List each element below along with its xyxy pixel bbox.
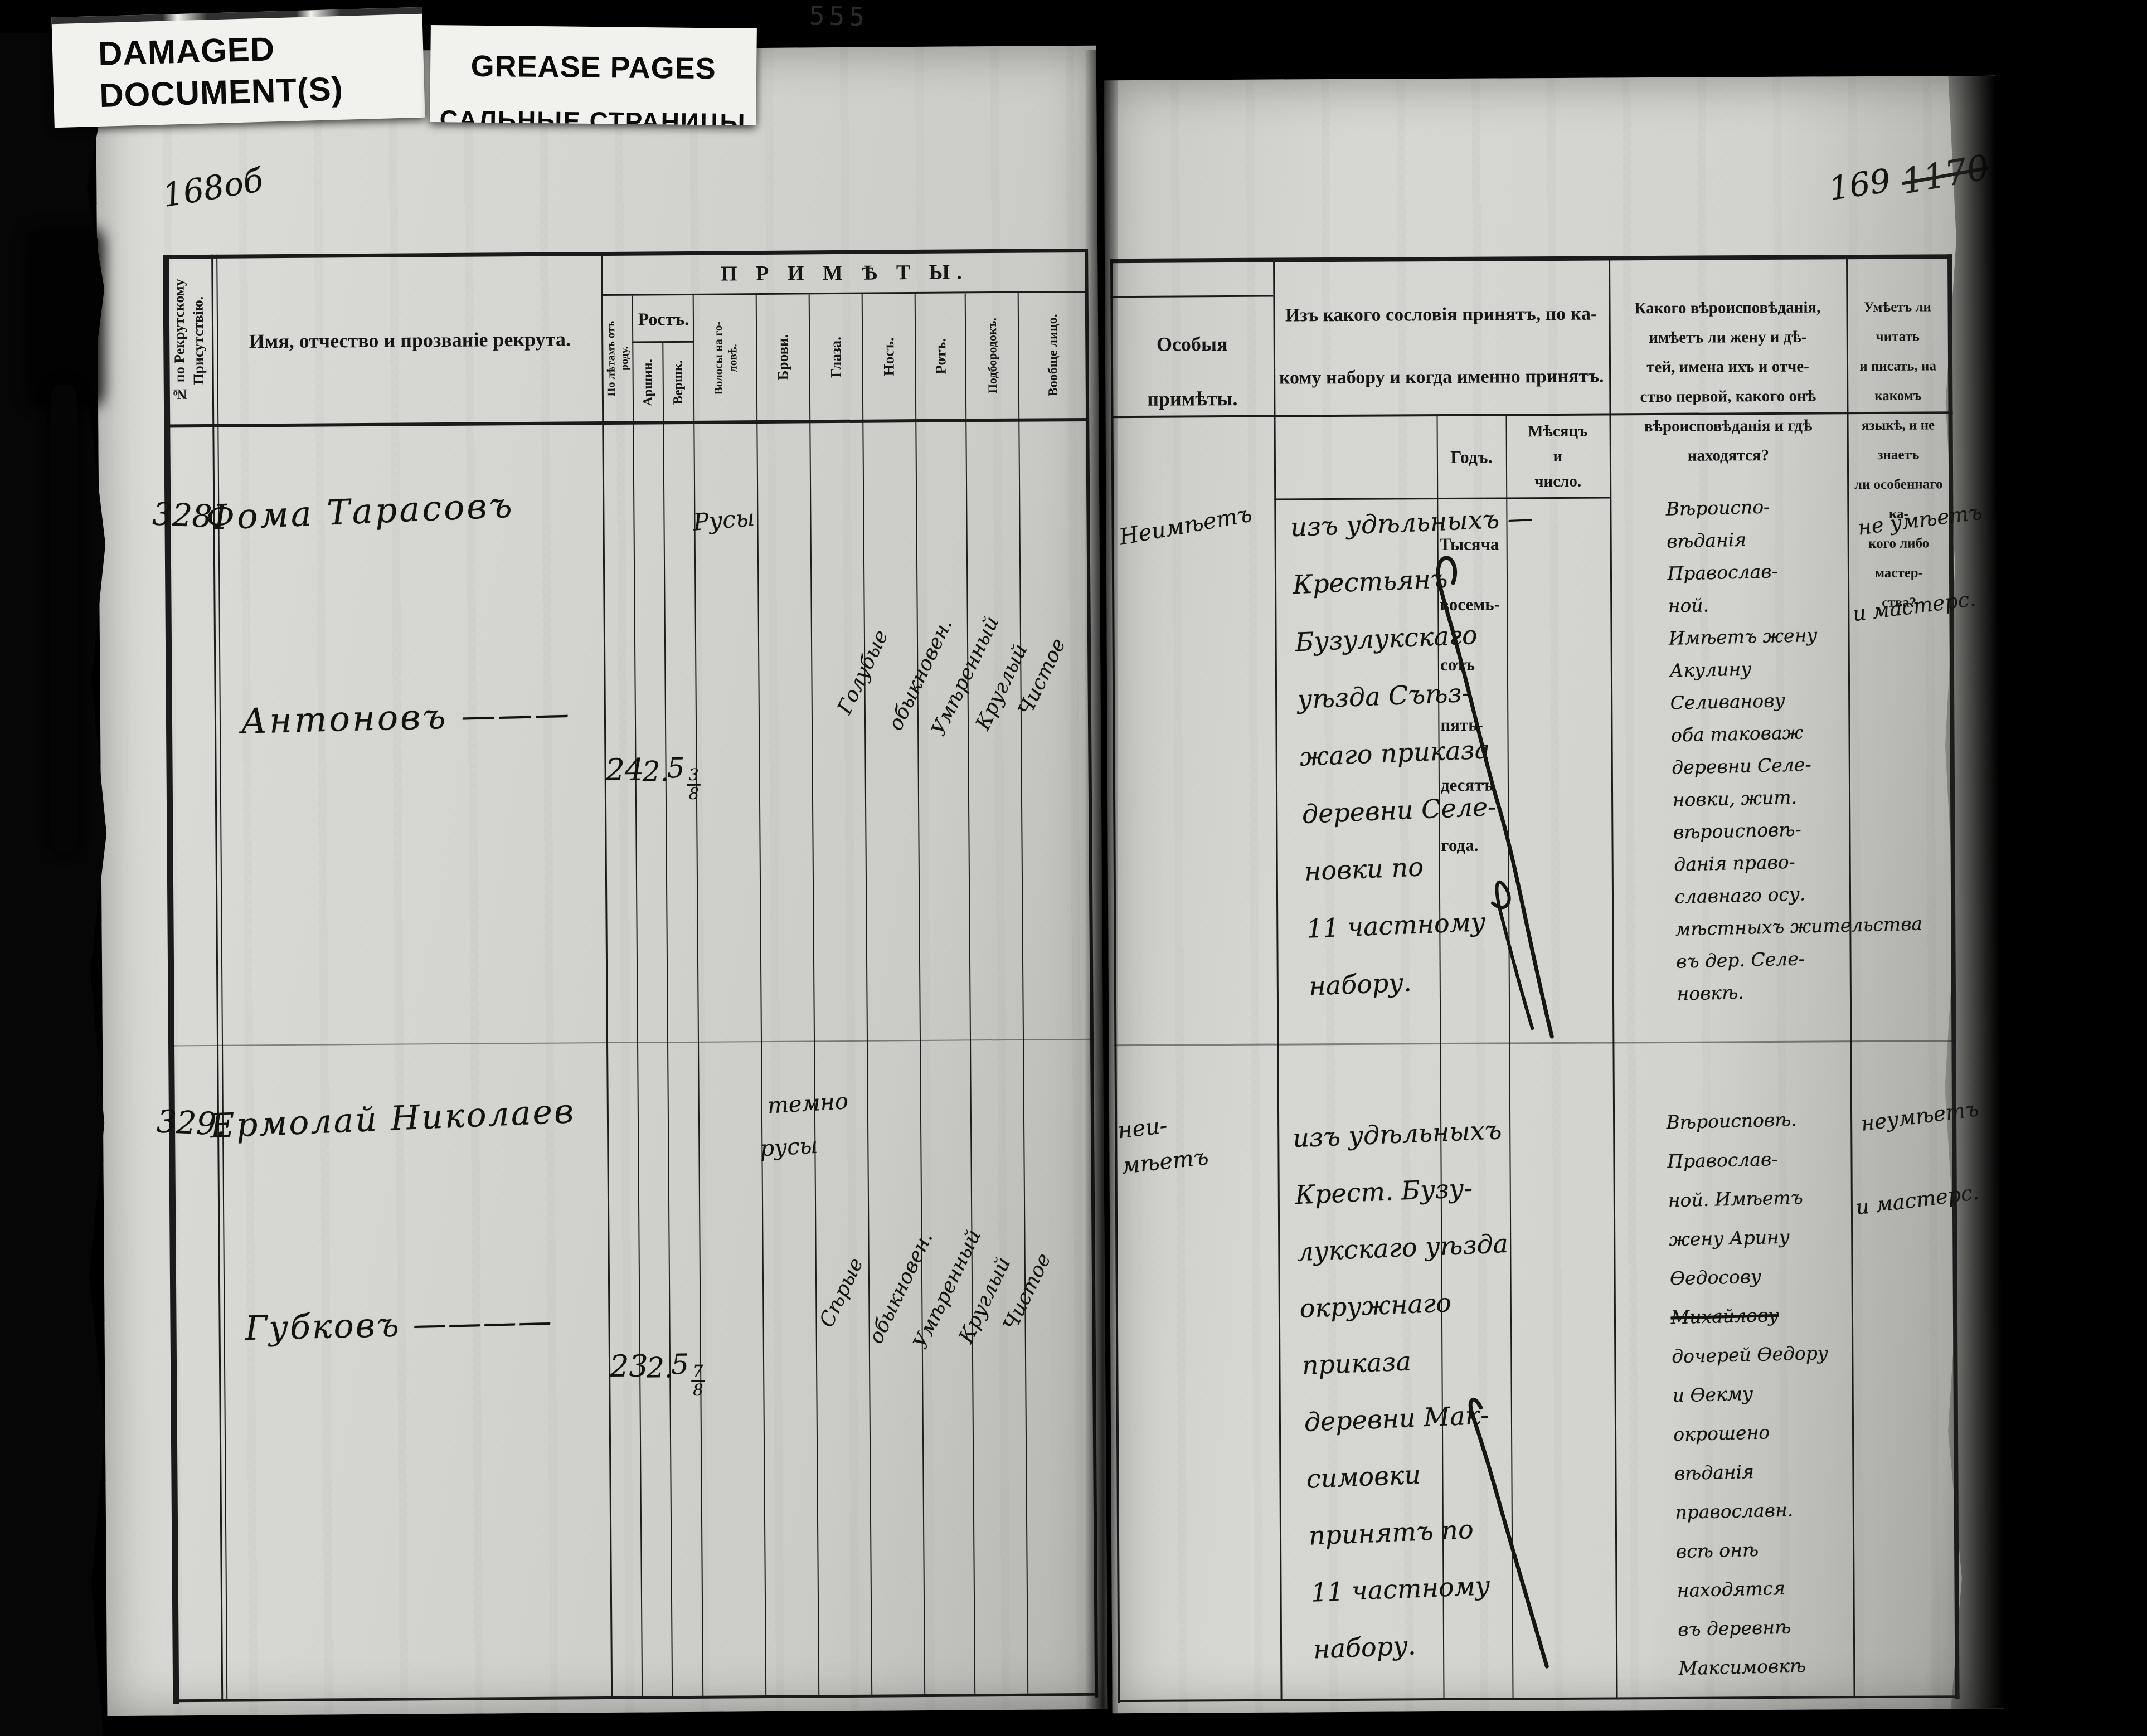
grid-line	[1018, 293, 1029, 1695]
text-line: 11 частному	[1310, 1556, 1523, 1621]
text-line: Какого вѣроисповѣданія,	[1609, 293, 1846, 323]
text-line: приказа	[1301, 1329, 1514, 1394]
year-printed: Тысячавосемь-сотъ пять-десятъгода.	[1439, 514, 1507, 876]
grid-line	[809, 294, 820, 1696]
text-line: лукскаго уѣзда	[1296, 1215, 1509, 1280]
text-line: деревни Мак-	[1303, 1385, 1516, 1451]
column-header-chin: Подбородокъ.	[966, 293, 1019, 419]
text-line: языкѣ, и не знаетъ	[1848, 410, 1949, 470]
arshin-value: 2.	[647, 1351, 673, 1384]
column-header-name: Имя, отчество и прозваніе рекрута.	[217, 256, 602, 424]
grease-pages-sticker: GREASE PAGES САЛЬНЫЕ СТРАНИЦЫ	[430, 25, 757, 125]
text-line: Ѳедосову	[1669, 1256, 1827, 1298]
sticker-text-line2: DOCUMENT(S)	[99, 66, 425, 116]
recruit-name-line2: Антоновъ ———	[240, 693, 572, 741]
text-line: православн.	[1675, 1490, 1832, 1532]
text-line: 11 частному	[1305, 891, 1551, 957]
text-line: Неимѣетъ	[1116, 497, 1255, 554]
text-line: вѣроисповѣданія и гдѣ	[1609, 411, 1847, 441]
arshin-value: 2.	[642, 755, 669, 787]
text-line: роду.	[617, 320, 631, 396]
fraction-denominator: 8	[691, 1382, 705, 1398]
text-line: вѣданія	[1674, 1451, 1831, 1493]
eyes-value: Сѣрые	[815, 1254, 868, 1331]
text-line: Михайлову	[1670, 1295, 1828, 1337]
fraction-denominator: 8	[687, 786, 701, 802]
religion-family-entry: Вѣроиспо-вѣданіяПравослав-ной.Имѣетъ жен…	[1665, 488, 1924, 1010]
text-line: Мѣсяцъ	[1506, 419, 1610, 444]
grid-line	[1273, 259, 1283, 1700]
binding-clamp-rod	[51, 385, 77, 853]
text-line: набору.	[1308, 948, 1553, 1015]
text-line: Вѣроисповѣ.	[1666, 1100, 1823, 1142]
age-value: 23	[610, 1348, 648, 1383]
estate-entry: изъ удѣльныхъ —КрестьянъБузулукскагоуѣзд…	[1289, 489, 1553, 1015]
grid-line	[1118, 1695, 1960, 1702]
text-line: По лѣтамъ отъ	[604, 321, 618, 397]
text-line: Православ-	[1667, 1139, 1824, 1181]
text-line: имѣетъ ли жену и дѣ-	[1609, 322, 1847, 353]
text-line: жену Арину	[1669, 1217, 1826, 1259]
text-line: новкѣ.	[1677, 972, 1924, 1010]
vershok-whole: 5	[667, 752, 684, 784]
column-header-nose: Носъ.	[863, 294, 916, 420]
column-header-estate: Изъ какого сословія принятъ, по ка-кому …	[1273, 283, 1609, 409]
grid-line	[1110, 295, 1273, 298]
grid-line	[915, 294, 926, 1695]
text-line: кому набору и когда именно принятъ.	[1274, 345, 1610, 409]
text-line: находятся	[1677, 1568, 1834, 1610]
text-line: и писать, на какомъ	[1848, 351, 1949, 411]
microfilm-scan: 555 168об № по РекрутскомуПрисутствію. И…	[0, 0, 2147, 1736]
text-line: тей, имена ихъ и отче-	[1609, 352, 1847, 382]
eyes-value: Голубые	[833, 626, 893, 718]
column-header-vershok: Вершк.	[663, 344, 693, 421]
binding-clamp	[32, 234, 98, 401]
text-line: дочерей Ѳедору	[1671, 1334, 1828, 1376]
vershok-value: 538	[667, 752, 701, 803]
text-line: вѣроисповѣ-	[1673, 811, 1920, 849]
text-line: славнаго осу.	[1674, 876, 1922, 913]
text-line: набору.	[1312, 1612, 1525, 1677]
recruit-name-line2: Губковъ ————	[245, 1302, 554, 1348]
text-line: примѣты.	[1111, 371, 1274, 427]
column-header-mouth: Ротъ.	[916, 293, 966, 419]
text-line: въ деревнѣ	[1677, 1607, 1834, 1649]
grid-line	[756, 295, 767, 1696]
ink-smudge	[51, 7, 422, 25]
register-left-page: 168об № по РекрутскомуПрисутствію. Имя, …	[96, 46, 1108, 1716]
column-header-eyes: Глаза.	[810, 294, 863, 420]
text-line: Максимовкѣ	[1678, 1646, 1835, 1688]
text-line: и Ѳекму	[1672, 1373, 1829, 1415]
folio-number-right: 169	[1827, 161, 1893, 207]
vershok-value: 578	[671, 1348, 705, 1399]
text-line: окружнаго	[1299, 1272, 1512, 1337]
text-line: находятся?	[1610, 440, 1847, 471]
text-line: ство первой, какого онѣ	[1609, 381, 1847, 412]
recruit-name-line1: Ермолай Николаев	[210, 1092, 576, 1146]
column-header-religion-family: Какого вѣроисповѣданія,имѣетъ ли жену и …	[1609, 293, 1847, 471]
text-line: жаго приказа	[1299, 719, 1544, 786]
text-line: Крест. Бузу-	[1294, 1158, 1507, 1223]
grid-line	[662, 342, 673, 1696]
column-header-recruit-number: № по РекрутскомуПрисутствію.	[164, 259, 213, 422]
grid-line	[601, 252, 613, 1699]
film-frame-mark: 555	[809, 1, 869, 32]
text-line: Умѣетъ ли читать	[1847, 292, 1948, 352]
fraction-numerator: 3	[687, 767, 701, 786]
text-line: сотъ пять-	[1440, 634, 1507, 755]
text-line: ловѣ.	[725, 321, 740, 395]
column-header-year: Годъ.	[1437, 416, 1507, 498]
age-value: 24	[605, 752, 644, 787]
grid-line	[163, 255, 179, 1704]
sticker-text-russian: САЛЬНЫЕ СТРАНИЦЫ	[430, 104, 756, 125]
column-header-brows: Брови.	[757, 294, 810, 420]
text-line: Присутствію.	[188, 279, 208, 402]
text-line: мѣстныхъ жительства	[1675, 908, 1922, 946]
vershok-fraction: 78	[691, 1363, 705, 1398]
text-line: Православ-	[1667, 552, 1915, 590]
fraction-numerator: 7	[691, 1363, 705, 1382]
sticker-text-english: GREASE PAGES	[430, 48, 757, 86]
text-line: восемь-	[1440, 574, 1506, 635]
special-marks-entry: Неимѣетъ	[1116, 497, 1255, 554]
text-line: Изъ какого сословія принятъ, по ка-	[1273, 283, 1609, 347]
hair-value: Русы	[692, 504, 756, 536]
grid-line	[1609, 257, 1618, 1698]
text-line: Тысяча	[1439, 514, 1505, 575]
grid-line	[693, 295, 704, 1697]
hair-value-line1: темно	[767, 1088, 849, 1119]
column-header-month-day: Мѣсяцъичисло.	[1506, 419, 1610, 494]
text-line: десятъ	[1441, 755, 1507, 815]
text-line: Волосы на го-	[710, 321, 725, 395]
text-line: окрошено	[1673, 1412, 1830, 1454]
column-header-primety: П Р И М Ѣ Т Ы.	[602, 253, 1087, 293]
text-line: № по Рекрутскому	[169, 279, 190, 402]
text-line: принятъ по	[1308, 1499, 1521, 1564]
text-line: Селиванову	[1670, 682, 1917, 719]
register-right-page: 169 1170 Особыяпримѣты. Изъ какого сосло…	[1104, 76, 2004, 1713]
text-line: Особыя	[1111, 317, 1274, 372]
column-header-age: По лѣтамъ отъроду.	[603, 296, 633, 421]
vershok-fraction: 38	[687, 767, 701, 802]
text-line: симовки	[1305, 1442, 1518, 1508]
text-line: изъ удѣльныхъ	[1291, 1101, 1504, 1166]
estate-entry: изъ удѣльныхъКрест. Бузу-лукскаго уѣздао…	[1291, 1101, 1525, 1677]
text-line: деревни Селе-	[1301, 776, 1546, 843]
column-header-face: Вообще лицо.	[1019, 293, 1089, 419]
column-header-arshin: Аршин.	[633, 344, 663, 421]
vershok-whole: 5	[671, 1348, 689, 1380]
text-line: года.	[1441, 815, 1507, 876]
book-gutter-shadow	[1085, 50, 1118, 1716]
damaged-document-sticker: DAMAGED DOCUMENT(S)	[51, 7, 425, 128]
hair-value-line2: русы	[759, 1133, 818, 1162]
grid-line	[965, 293, 976, 1695]
special-marks-entry: неи-мѣетъ	[1116, 1103, 1211, 1184]
text-line: новки по	[1303, 833, 1548, 900]
text-line: оба таковаж	[1670, 714, 1918, 752]
grid-line	[1110, 254, 1952, 263]
religion-family-entry: Вѣроисповѣ.Православ-ной. Имѣетъжену Ари…	[1666, 1100, 1836, 1688]
text-line: въ дер. Селе-	[1676, 940, 1923, 978]
grid-line	[632, 296, 643, 1698]
text-line: новки, жит.	[1672, 779, 1920, 816]
recruit-name-line1: Фома Тарасовъ	[205, 484, 515, 538]
row-divider-line	[1114, 1040, 1956, 1046]
text-line: данія право-	[1674, 843, 1921, 881]
row-divider-line	[171, 1039, 1092, 1047]
column-header-special-marks: Особыяпримѣты.	[1111, 317, 1274, 427]
text-line: ной. Имѣетъ	[1668, 1178, 1825, 1220]
grid-line	[862, 294, 873, 1696]
column-header-height: Ростъ.	[633, 298, 694, 340]
text-line: Акулину	[1669, 649, 1917, 687]
text-line: всѣ онѣ	[1675, 1529, 1833, 1571]
grid-line	[176, 1693, 1097, 1703]
text-line: деревни Селе-	[1672, 746, 1919, 784]
folio-number-left: 168об	[160, 161, 266, 215]
column-header-hair: Волосы на го-ловѣ.	[694, 295, 757, 421]
text-line: и	[1506, 444, 1610, 469]
